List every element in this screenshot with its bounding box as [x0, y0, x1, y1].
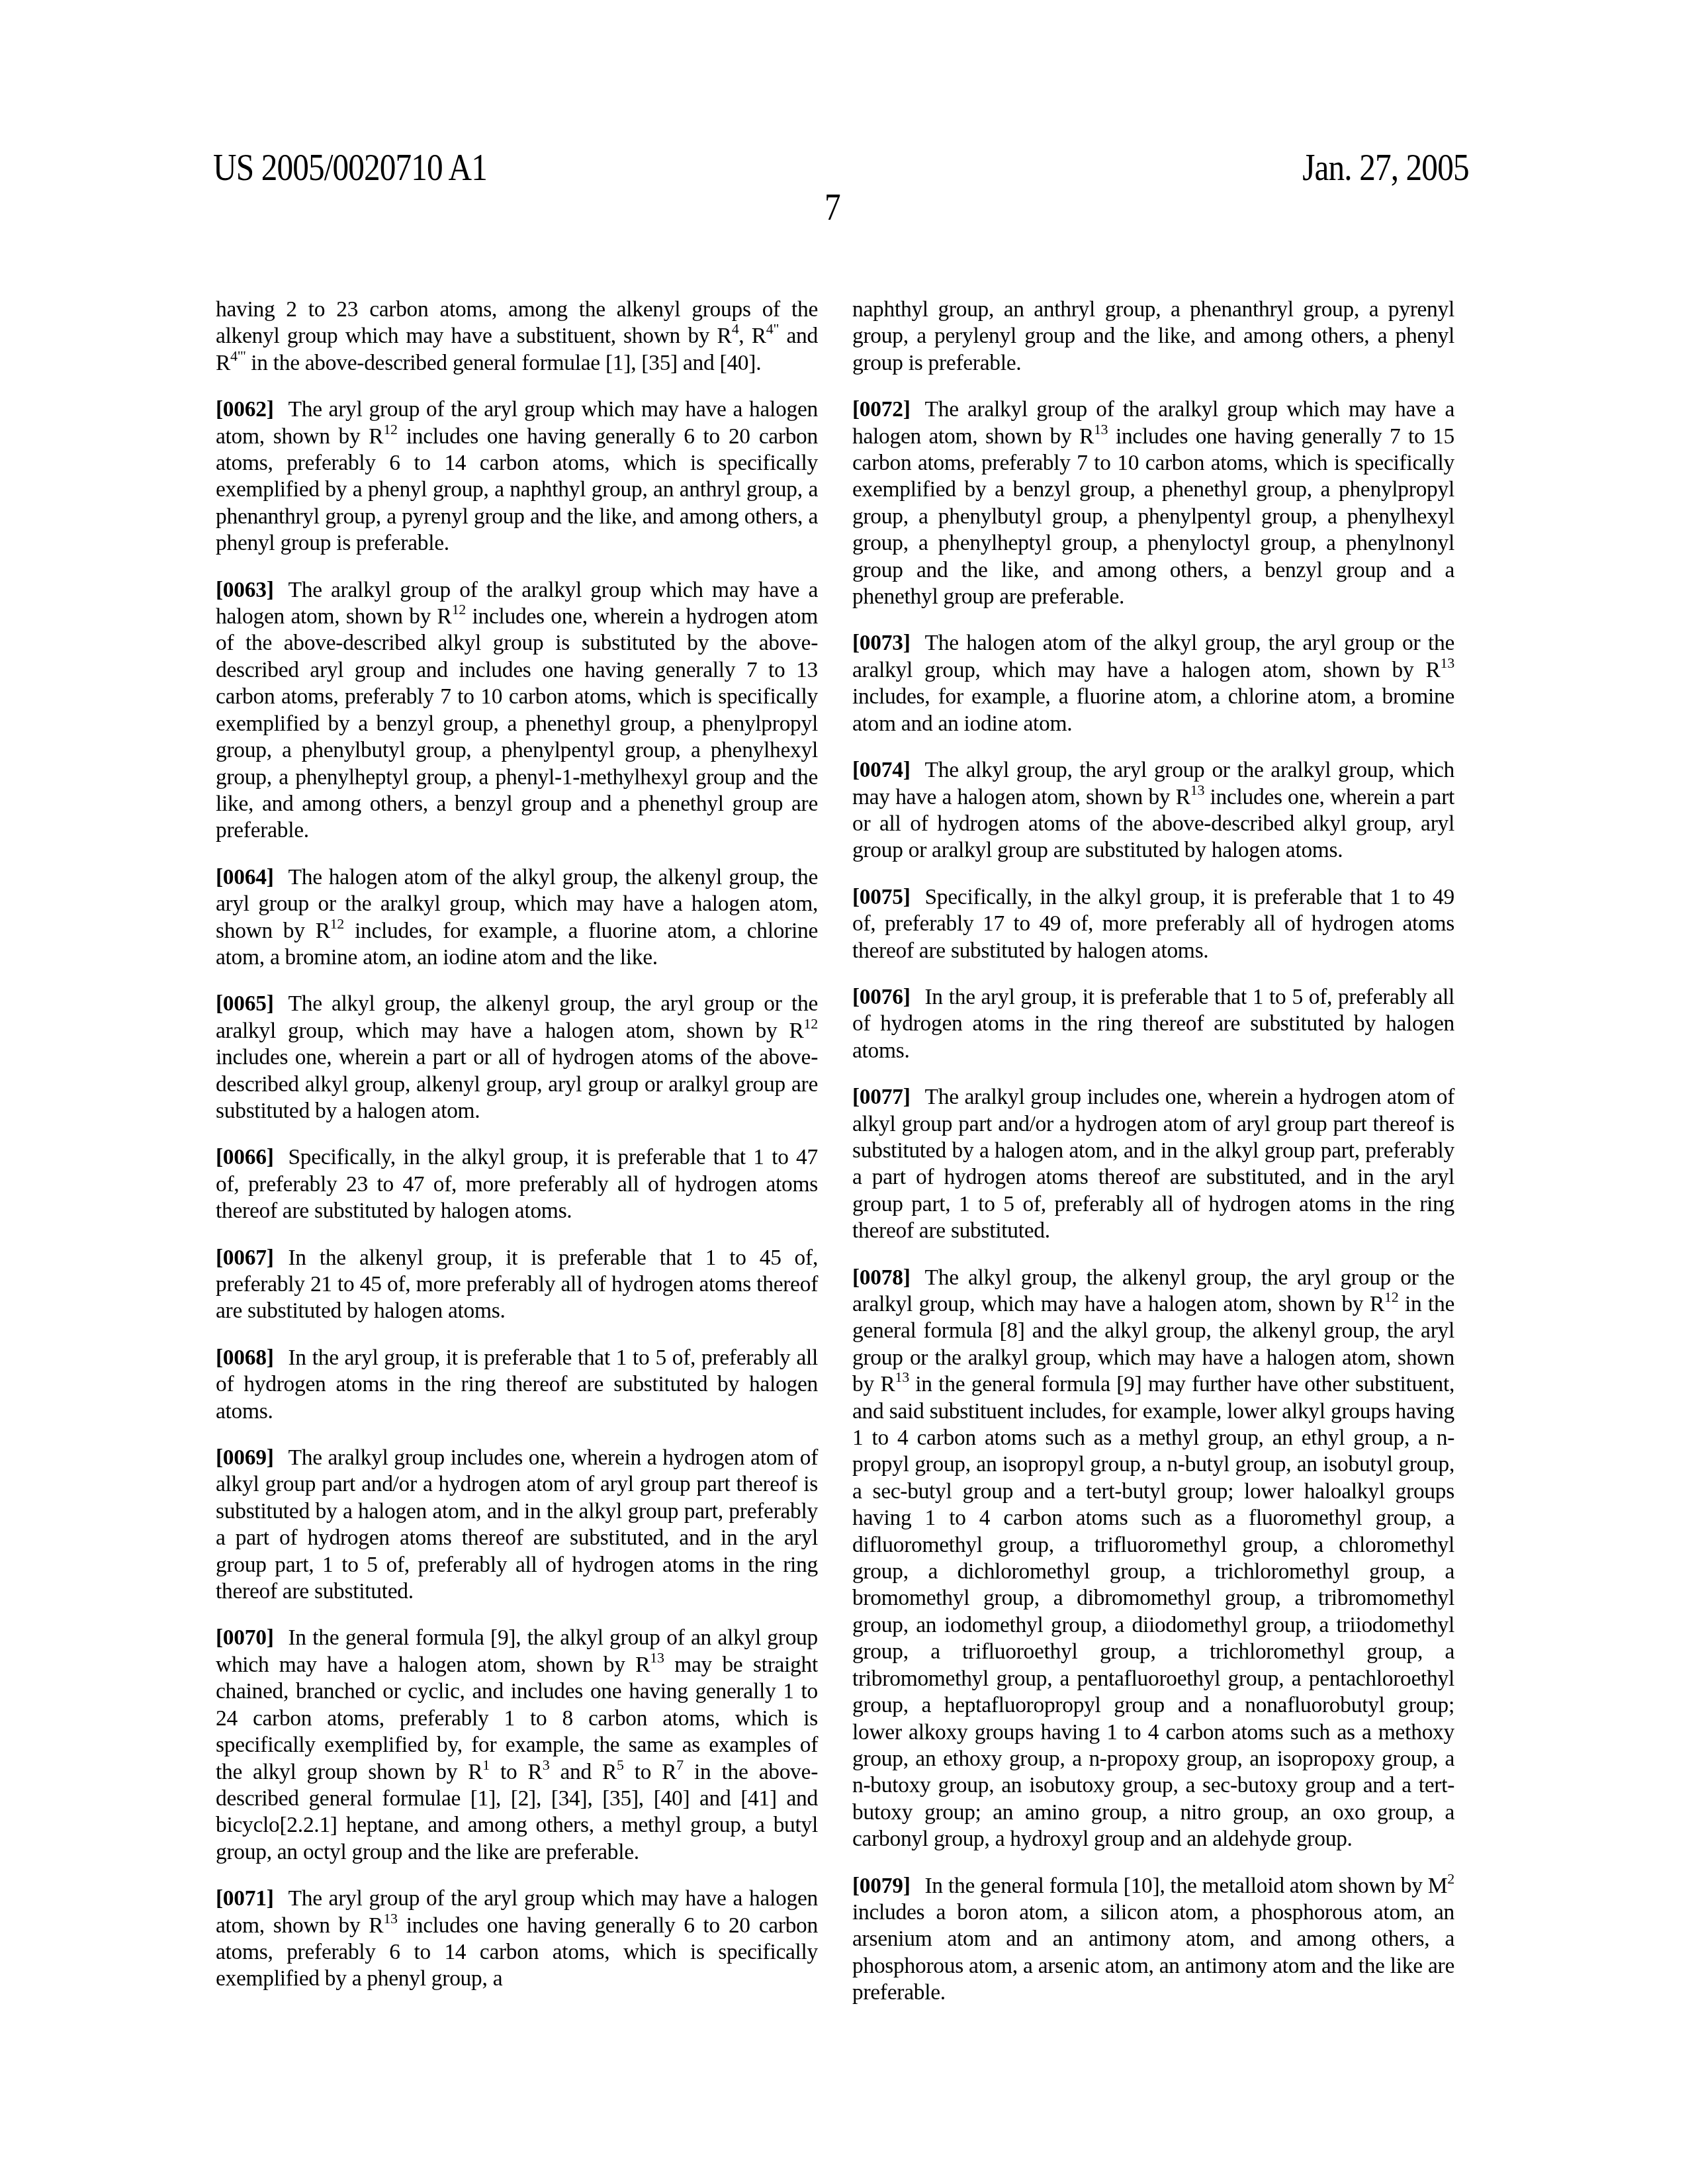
- paragraph-text: in the above-described general formulae …: [245, 351, 761, 375]
- superscript: 13: [1190, 782, 1204, 798]
- superscript: 3: [543, 1756, 550, 1773]
- superscript: 13: [650, 1649, 664, 1666]
- paragraph-number: [0062]: [216, 397, 274, 422]
- paragraph: [0073]The halogen atom of the alkyl grou…: [852, 630, 1454, 737]
- paragraph-text: Specifically, in the alkyl group, it is …: [216, 1145, 818, 1223]
- paragraph-number: [0069]: [216, 1445, 274, 1470]
- paragraph: [0071]The aryl group of the aryl group w…: [216, 1886, 818, 1993]
- paragraph-number: [0071]: [216, 1886, 274, 1911]
- paragraph: having 2 to 23 carbon atoms, among the a…: [216, 296, 818, 377]
- paragraph-number: [0065]: [216, 991, 274, 1016]
- paragraph-number: [0063]: [216, 578, 274, 602]
- right-column: naphthyl group, an anthryl group, a phen…: [852, 296, 1454, 2026]
- paragraph: [0064]The halogen atom of the alkyl grou…: [216, 864, 818, 972]
- superscript: 12: [383, 421, 397, 437]
- superscript: 2: [1447, 1870, 1454, 1887]
- publication-date: Jan. 27, 2005: [1303, 147, 1469, 189]
- superscript: 13: [1094, 421, 1108, 437]
- paragraph-text: In the aryl group, it is preferable that…: [216, 1345, 818, 1424]
- paragraph-text: Specifically, in the alkyl group, it is …: [852, 885, 1454, 963]
- paragraph-number: [0068]: [216, 1345, 274, 1370]
- paragraph-text: in the general formula [9] may further h…: [852, 1372, 1454, 1851]
- superscript: 4": [766, 320, 779, 337]
- superscript: 13: [895, 1369, 909, 1385]
- paragraph-text: The aralkyl group includes one, wherein …: [216, 1445, 818, 1604]
- left-column: having 2 to 23 carbon atoms, among the a…: [216, 296, 818, 2013]
- paragraph-number: [0079]: [852, 1874, 911, 1898]
- paragraph: [0079]In the general formula [10], the m…: [852, 1873, 1454, 2007]
- superscript: 4: [732, 320, 739, 337]
- paragraph: [0066]Specifically, in the alkyl group, …: [216, 1144, 818, 1224]
- paragraph-number: [0067]: [216, 1246, 274, 1270]
- paragraph: [0065]The alkyl group, the alkenyl group…: [216, 991, 818, 1124]
- paragraph-text: The alkyl group, the alkenyl group, the …: [216, 991, 818, 1042]
- paragraph: [0076]In the aryl group, it is preferabl…: [852, 984, 1454, 1064]
- paragraph-text: includes a boron atom, a silicon atom, a…: [852, 1900, 1454, 2005]
- paragraph: [0063]The aralkyl group of the aralkyl g…: [216, 577, 818, 844]
- paragraph-text: includes one having generally 7 to 15 ca…: [852, 424, 1454, 609]
- superscript: 1: [482, 1756, 490, 1773]
- paragraph: [0077]The aralkyl group includes one, wh…: [852, 1084, 1454, 1244]
- superscript: 12: [452, 601, 466, 617]
- paragraph: [0078]The alkyl group, the alkenyl group…: [852, 1265, 1454, 1853]
- paragraph: [0069]The aralkyl group includes one, wh…: [216, 1445, 818, 1605]
- paragraph-text: The alkyl group, the alkenyl group, the …: [852, 1265, 1454, 1316]
- paragraph-text: , R: [738, 324, 766, 348]
- superscript: 12: [330, 915, 344, 932]
- paragraph-text: and R: [549, 1760, 617, 1784]
- publication-number: US 2005/0020710 A1: [213, 147, 487, 189]
- paragraph: [0074]The alkyl group, the aryl group or…: [852, 757, 1454, 864]
- paragraph-number: [0073]: [852, 631, 911, 655]
- superscript: 12: [804, 1015, 818, 1032]
- paragraph-number: [0078]: [852, 1265, 911, 1290]
- paragraph-text: includes one, wherein a hydrogen atom of…: [216, 604, 818, 842]
- paragraph-text: includes, for example, a fluorine atom, …: [852, 684, 1454, 735]
- paragraph-number: [0075]: [852, 885, 911, 909]
- paragraph-number: [0064]: [216, 865, 274, 889]
- paragraph: [0070]In the general formula [9], the al…: [216, 1625, 818, 1866]
- paragraph: [0068]In the aryl group, it is preferabl…: [216, 1345, 818, 1425]
- paragraph-text: In the aryl group, it is preferable that…: [852, 985, 1454, 1063]
- paragraph-text: In the alkenyl group, it is preferable t…: [216, 1246, 818, 1324]
- paragraph-text: having 2 to 23 carbon atoms, among the a…: [216, 297, 818, 348]
- paragraph-number: [0066]: [216, 1145, 274, 1169]
- paragraph-number: [0070]: [216, 1625, 274, 1650]
- paragraph-text: includes one, wherein a part or all of h…: [216, 1045, 818, 1123]
- superscript: 13: [1441, 655, 1454, 671]
- paragraph: [0062]The aryl group of the aryl group w…: [216, 396, 818, 557]
- paragraph: [0075]Specifically, in the alkyl group, …: [852, 884, 1454, 964]
- paragraph-text: In the general formula [10], the metallo…: [925, 1874, 1448, 1898]
- page-number: 7: [825, 187, 841, 229]
- paragraph-number: [0076]: [852, 985, 911, 1009]
- paragraph: [0072]The aralkyl group of the aralkyl g…: [852, 396, 1454, 610]
- superscript: 13: [383, 1910, 397, 1927]
- paragraph: [0067]In the alkenyl group, it is prefer…: [216, 1245, 818, 1325]
- paragraph-text: to R: [490, 1760, 543, 1784]
- paragraph-text: The halogen atom of the alkyl group, the…: [852, 631, 1454, 682]
- paragraph-number: [0077]: [852, 1085, 911, 1109]
- paragraph-number: [0074]: [852, 758, 911, 782]
- paragraph: naphthyl group, an anthryl group, a phen…: [852, 296, 1454, 377]
- paragraph-text: naphthyl group, an anthryl group, a phen…: [852, 297, 1454, 375]
- paragraph-text: The aralkyl group includes one, wherein …: [852, 1085, 1454, 1243]
- paragraph-text: to R: [624, 1760, 677, 1784]
- superscript: 12: [1384, 1289, 1398, 1305]
- paragraph-number: [0072]: [852, 397, 911, 422]
- superscript: 4"': [230, 347, 245, 364]
- superscript: 5: [617, 1756, 624, 1773]
- superscript: 7: [676, 1756, 684, 1773]
